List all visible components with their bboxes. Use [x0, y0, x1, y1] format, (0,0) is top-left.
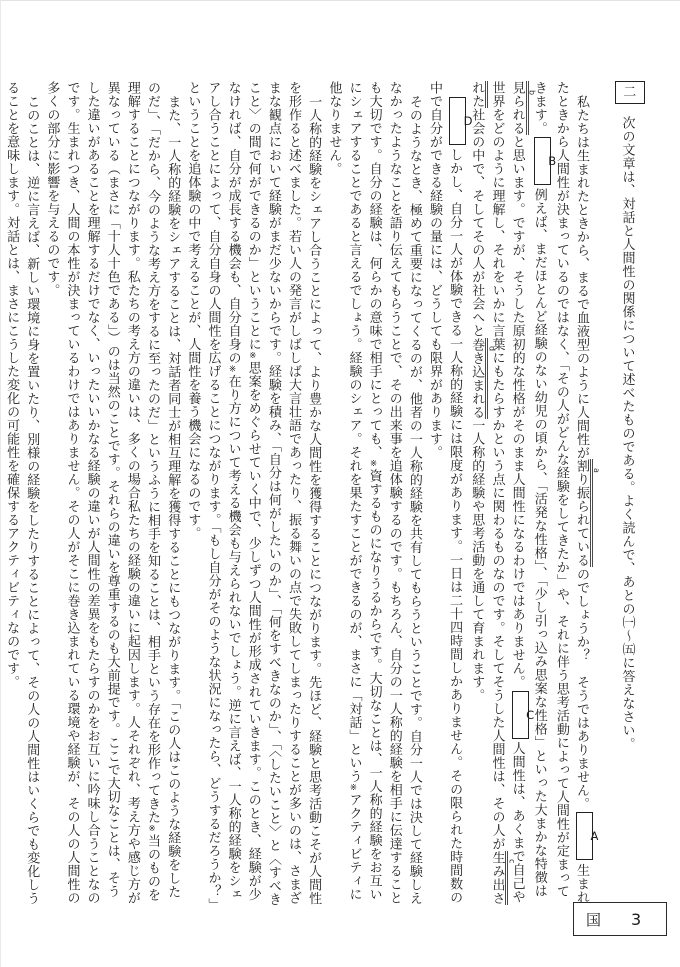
section-instruction: 次の文章は、対話と人間性の関係について述べたものである。よく読んで、あとの㈠～㈤… — [620, 116, 635, 751]
passage-paragraph: また、一人称的経験をシェアすることは、対話者同士が相互理解を獲得することにもつな… — [41, 81, 182, 907]
underlined-phrase-a: a割り振られている — [574, 459, 593, 567]
boxed-letter-A: A — [576, 812, 593, 860]
note-reference-mark: ※ — [228, 365, 238, 375]
page-footer-box: 国 3 — [573, 902, 667, 936]
phrase-label-c: c — [507, 846, 515, 864]
boxed-letter-B: B — [534, 137, 551, 185]
passage-paragraph: このことは、逆に言えば、新しい環境に身を置いたり、別様の経験をしたりすることによ… — [1, 81, 41, 907]
vertical-text-flow: 二次の文章は、対話と人間性の関係について述べたものである。よく読んで、あとの㈠～… — [0, 81, 645, 907]
exam-page: 二次の文章は、対話と人間性の関係について述べたものである。よく読んで、あとの㈠～… — [0, 0, 680, 967]
phrase-label-b: b — [528, 76, 536, 95]
passage-paragraph: Dしかし、自分一人が体験できる一人称的経験には限度があります。一日は二十四時間し… — [424, 81, 466, 907]
section-number-box: 二 — [615, 81, 645, 104]
underlined-phrase-b: b見られる — [510, 81, 529, 135]
underlined-phrase-d: d巻き込まれる — [469, 338, 488, 419]
subject-label: 国 — [586, 909, 601, 930]
underlined-phrase-c: c生み出された — [469, 81, 508, 905]
phrase-label-d: d — [487, 333, 495, 352]
page-number: 3 — [631, 910, 641, 929]
passage-paragraph: そのようなとき、極めて重要になってくるのが、他者の一人称的経験を共有してもらうと… — [323, 81, 424, 907]
boxed-letter-C: C — [512, 691, 529, 739]
note-reference-mark: ※ — [147, 824, 157, 834]
note-reference-mark: ※ — [248, 351, 258, 361]
phrase-label-a: a — [592, 454, 600, 473]
section-heading: 二次の文章は、対話と人間性の関係について述べたものである。よく読んで、あとの㈠～… — [615, 81, 645, 907]
boxed-letter-D: D — [449, 97, 466, 145]
passage-paragraph: 私たちは生まれたときから、まるで血液型のように人間性がa割り振られているのでしょ… — [466, 81, 593, 907]
note-reference-mark: ※ — [348, 783, 358, 793]
passage-paragraph: 一人称的経験をシェアし合うことによって、より豊かな人間性を獲得することにつながり… — [182, 81, 323, 907]
note-reference-mark: ※ — [369, 459, 379, 469]
